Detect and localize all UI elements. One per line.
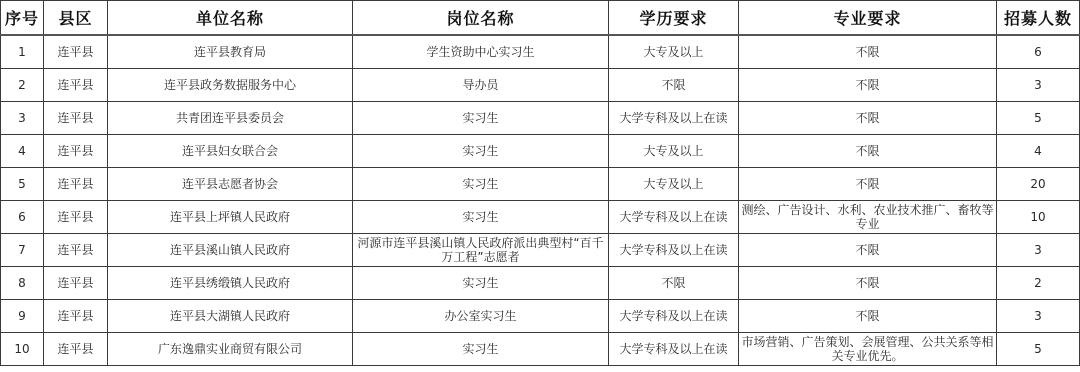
cell-count: 6 [997, 35, 1080, 69]
cell-position: 学生资助中心实习生 [353, 35, 609, 69]
header-county: 县区 [44, 1, 108, 36]
recruitment-table: 序号 县区 单位名称 岗位名称 学历要求 专业要求 招募人数 1 连平县 连平县… [0, 0, 1080, 366]
cell-major: 不限 [739, 35, 997, 69]
cell-education: 大学专科及以上在读 [609, 102, 739, 135]
table-row: 3 连平县 共青团连平县委员会 实习生 大学专科及以上在读 不限 5 [1, 102, 1080, 135]
cell-county: 连平县 [44, 333, 108, 366]
table-row: 8 连平县 连平县绣缎镇人民政府 实习生 不限 不限 2 [1, 267, 1080, 300]
cell-major: 不限 [739, 300, 997, 333]
header-position: 岗位名称 [353, 1, 609, 36]
cell-unit: 连平县溪山镇人民政府 [108, 234, 353, 267]
table-row: 9 连平县 连平县大湖镇人民政府 办公室实习生 大学专科及以上在读 不限 3 [1, 300, 1080, 333]
cell-county: 连平县 [44, 69, 108, 102]
cell-position: 实习生 [353, 135, 609, 168]
cell-county: 连平县 [44, 300, 108, 333]
cell-county: 连平县 [44, 102, 108, 135]
table-row: 5 连平县 连平县志愿者协会 实习生 大专及以上 不限 20 [1, 168, 1080, 201]
cell-education: 大学专科及以上在读 [609, 201, 739, 234]
cell-index: 9 [1, 300, 44, 333]
cell-county: 连平县 [44, 267, 108, 300]
cell-education: 不限 [609, 69, 739, 102]
table-row: 2 连平县 连平县政务数据服务中心 导办员 不限 不限 3 [1, 69, 1080, 102]
cell-index: 1 [1, 35, 44, 69]
cell-position: 办公室实习生 [353, 300, 609, 333]
cell-unit: 共青团连平县委员会 [108, 102, 353, 135]
cell-major: 不限 [739, 69, 997, 102]
cell-education: 大学专科及以上在读 [609, 234, 739, 267]
cell-education: 不限 [609, 267, 739, 300]
cell-index: 2 [1, 69, 44, 102]
cell-major: 不限 [739, 267, 997, 300]
cell-unit: 连平县政务数据服务中心 [108, 69, 353, 102]
cell-index: 3 [1, 102, 44, 135]
table-row: 6 连平县 连平县上坪镇人民政府 实习生 大学专科及以上在读 测绘、广告设计、水… [1, 201, 1080, 234]
cell-unit: 连平县志愿者协会 [108, 168, 353, 201]
cell-education: 大专及以上 [609, 35, 739, 69]
cell-education: 大专及以上 [609, 135, 739, 168]
header-education: 学历要求 [609, 1, 739, 36]
cell-count: 20 [997, 168, 1080, 201]
cell-index: 6 [1, 201, 44, 234]
cell-count: 2 [997, 267, 1080, 300]
cell-county: 连平县 [44, 135, 108, 168]
cell-position: 实习生 [353, 168, 609, 201]
table-header-row: 序号 县区 单位名称 岗位名称 学历要求 专业要求 招募人数 [1, 1, 1080, 36]
cell-education: 大学专科及以上在读 [609, 300, 739, 333]
cell-count: 3 [997, 300, 1080, 333]
cell-index: 5 [1, 168, 44, 201]
cell-unit: 连平县绣缎镇人民政府 [108, 267, 353, 300]
header-index: 序号 [1, 1, 44, 36]
cell-county: 连平县 [44, 234, 108, 267]
cell-major: 不限 [739, 135, 997, 168]
cell-count: 3 [997, 234, 1080, 267]
cell-count: 10 [997, 201, 1080, 234]
cell-position: 实习生 [353, 201, 609, 234]
cell-unit: 广东逸鼎实业商贸有限公司 [108, 333, 353, 366]
cell-position: 实习生 [353, 267, 609, 300]
header-unit: 单位名称 [108, 1, 353, 36]
table-row: 4 连平县 连平县妇女联合会 实习生 大专及以上 不限 4 [1, 135, 1080, 168]
cell-count: 3 [997, 69, 1080, 102]
cell-major: 市场营销、广告策划、会展管理、公共关系等相关专业优先。 [739, 333, 997, 366]
cell-position: 河源市连平县溪山镇人民政府派出典型村“百千万工程”志愿者 [353, 234, 609, 267]
header-count: 招募人数 [997, 1, 1080, 36]
cell-major: 测绘、广告设计、水利、农业技术推广、畜牧等专业 [739, 201, 997, 234]
cell-major: 不限 [739, 234, 997, 267]
cell-major: 不限 [739, 102, 997, 135]
table-row: 1 连平县 连平县教育局 学生资助中心实习生 大专及以上 不限 6 [1, 35, 1080, 69]
cell-county: 连平县 [44, 201, 108, 234]
cell-index: 10 [1, 333, 44, 366]
cell-position: 导办员 [353, 69, 609, 102]
cell-count: 5 [997, 333, 1080, 366]
cell-county: 连平县 [44, 168, 108, 201]
cell-major: 不限 [739, 168, 997, 201]
cell-count: 4 [997, 135, 1080, 168]
cell-position: 实习生 [353, 333, 609, 366]
cell-index: 7 [1, 234, 44, 267]
cell-unit: 连平县教育局 [108, 35, 353, 69]
cell-index: 4 [1, 135, 44, 168]
cell-education: 大专及以上 [609, 168, 739, 201]
table-row: 10 连平县 广东逸鼎实业商贸有限公司 实习生 大学专科及以上在读 市场营销、广… [1, 333, 1080, 366]
table-row: 7 连平县 连平县溪山镇人民政府 河源市连平县溪山镇人民政府派出典型村“百千万工… [1, 234, 1080, 267]
cell-county: 连平县 [44, 35, 108, 69]
cell-count: 5 [997, 102, 1080, 135]
cell-index: 8 [1, 267, 44, 300]
cell-unit: 连平县大湖镇人民政府 [108, 300, 353, 333]
header-major: 专业要求 [739, 1, 997, 36]
cell-position: 实习生 [353, 102, 609, 135]
cell-unit: 连平县妇女联合会 [108, 135, 353, 168]
cell-education: 大学专科及以上在读 [609, 333, 739, 366]
cell-unit: 连平县上坪镇人民政府 [108, 201, 353, 234]
